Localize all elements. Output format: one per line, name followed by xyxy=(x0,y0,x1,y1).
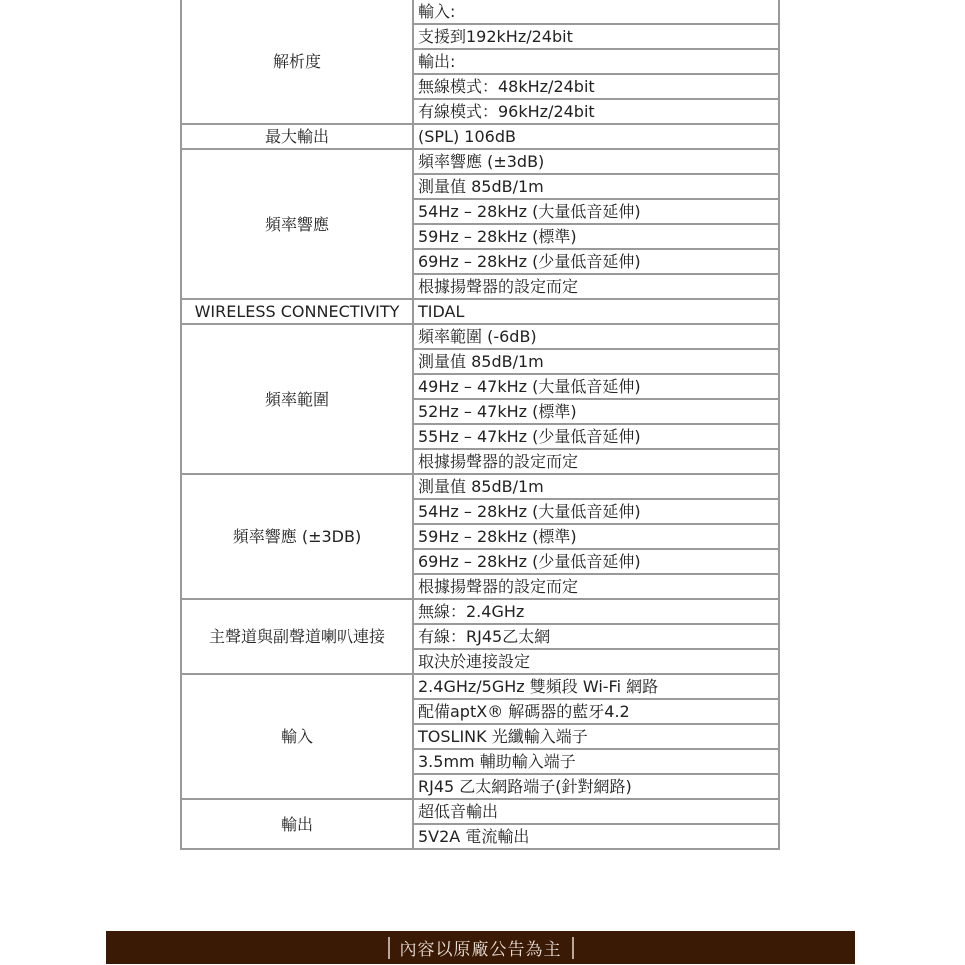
spec-label: 解析度 xyxy=(181,0,413,124)
table-row: 輸入2.4GHz/5GHz 雙頻段 Wi-Fi 網路 xyxy=(181,674,779,699)
table-row: 頻率響應 (±3DB)測量值 85dB/1m xyxy=(181,474,779,499)
spec-value: 頻率範圍 (-6dB) xyxy=(413,324,779,349)
spec-value: 3.5mm 輔助輸入端子 xyxy=(413,749,779,774)
table-row: 輸出超低音輸出 xyxy=(181,799,779,824)
spec-value: 輸出: xyxy=(413,49,779,74)
spec-label: 頻率範圍 xyxy=(181,324,413,474)
spec-value: 5V2A 電流輸出 xyxy=(413,824,779,849)
spec-value: 有線：RJ45乙太網 xyxy=(413,624,779,649)
spec-value: 配備aptX® 解碼器的藍牙4.2 xyxy=(413,699,779,724)
spec-value: 測量值 85dB/1m xyxy=(413,474,779,499)
spec-label: 最大輸出 xyxy=(181,124,413,149)
spec-value: 無線：2.4GHz xyxy=(413,599,779,624)
spec-value: TIDAL xyxy=(413,299,779,324)
spec-value: 根據揚聲器的設定而定 xyxy=(413,449,779,474)
spec-value: 無線模式：48kHz/24bit xyxy=(413,74,779,99)
table-row: 頻率響應頻率響應 (±3dB) xyxy=(181,149,779,174)
spec-label: 頻率響應 xyxy=(181,149,413,299)
spec-value: 輸入: xyxy=(413,0,779,24)
spec-value: 59Hz – 28kHz (標準) xyxy=(413,524,779,549)
spec-value: 54Hz – 28kHz (大量低音延伸) xyxy=(413,499,779,524)
spec-value: 超低音輸出 xyxy=(413,799,779,824)
table-row: 最大輸出(SPL) 106dB xyxy=(181,124,779,149)
table-row: WIRELESS CONNECTIVITYTIDAL xyxy=(181,299,779,324)
spec-value: 69Hz – 28kHz (少量低音延伸) xyxy=(413,549,779,574)
spec-table-body: 解析度輸入:支援到192kHz/24bit輸出:無線模式：48kHz/24bit… xyxy=(181,0,779,849)
table-row: 頻率範圍頻率範圍 (-6dB) xyxy=(181,324,779,349)
spec-value: 根據揚聲器的設定而定 xyxy=(413,574,779,599)
spec-value: 根據揚聲器的設定而定 xyxy=(413,274,779,299)
divider-right xyxy=(572,937,574,959)
spec-value: 55Hz – 47kHz (少量低音延伸) xyxy=(413,424,779,449)
spec-label: 頻率響應 (±3DB) xyxy=(181,474,413,599)
spec-value: 支援到192kHz/24bit xyxy=(413,24,779,49)
spec-value: 測量值 85dB/1m xyxy=(413,174,779,199)
spec-table: 解析度輸入:支援到192kHz/24bit輸出:無線模式：48kHz/24bit… xyxy=(180,0,780,850)
spec-value: (SPL) 106dB xyxy=(413,124,779,149)
spec-value: 測量值 85dB/1m xyxy=(413,349,779,374)
spec-value: 2.4GHz/5GHz 雙頻段 Wi-Fi 網路 xyxy=(413,674,779,699)
spec-label: WIRELESS CONNECTIVITY xyxy=(181,299,413,324)
spec-value: 有線模式：96kHz/24bit xyxy=(413,99,779,124)
table-row: 解析度輸入: xyxy=(181,0,779,24)
spec-value: 取決於連接設定 xyxy=(413,649,779,674)
spec-value: TOSLINK 光纖輸入端子 xyxy=(413,724,779,749)
spec-value: 52Hz – 47kHz (標準) xyxy=(413,399,779,424)
spec-value: 69Hz – 28kHz (少量低音延伸) xyxy=(413,249,779,274)
table-row: 主聲道與副聲道喇叭連接無線：2.4GHz xyxy=(181,599,779,624)
spec-value: 59Hz – 28kHz (標準) xyxy=(413,224,779,249)
spec-value: 49Hz – 47kHz (大量低音延伸) xyxy=(413,374,779,399)
spec-label: 輸入 xyxy=(181,674,413,799)
footer-notice-text: 內容以原廠公告為主 xyxy=(400,935,562,960)
spec-value: 54Hz – 28kHz (大量低音延伸) xyxy=(413,199,779,224)
spec-label: 主聲道與副聲道喇叭連接 xyxy=(181,599,413,674)
spec-value: RJ45 乙太網路端子(針對網路) xyxy=(413,774,779,799)
footer-notice-bar: 內容以原廠公告為主 xyxy=(106,931,855,964)
divider-left xyxy=(388,937,390,959)
spec-label: 輸出 xyxy=(181,799,413,849)
spec-value: 頻率響應 (±3dB) xyxy=(413,149,779,174)
